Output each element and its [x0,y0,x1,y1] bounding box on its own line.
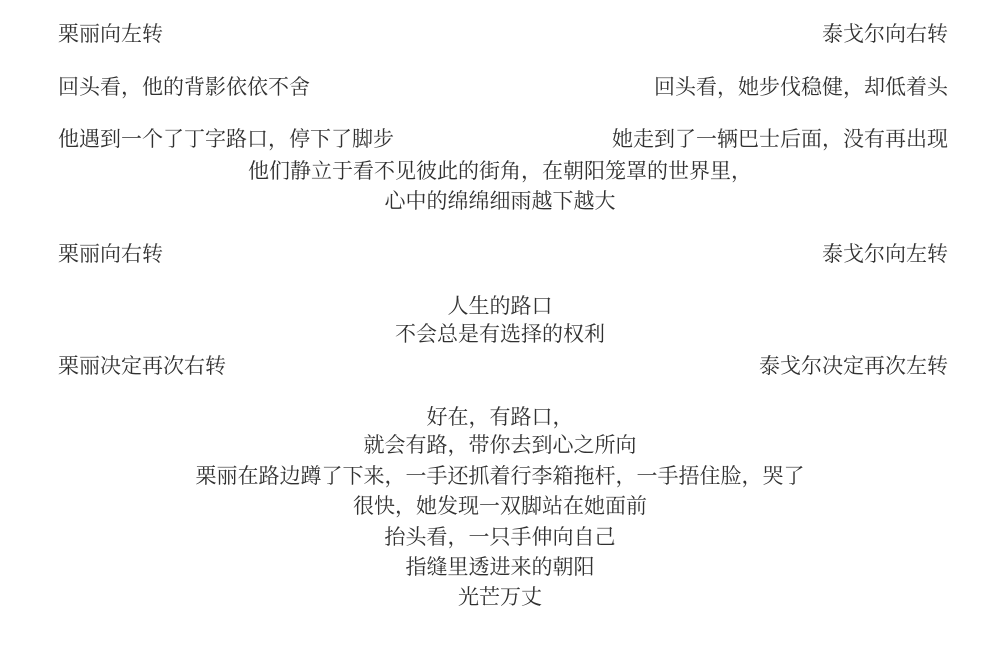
tagore-action-text: 泰戈尔决定再次左转 [759,352,948,382]
narration-row: 抬头看，一只手伸向自己 [0,523,1000,553]
narration-row: 光芒万丈 [0,583,1000,613]
lili-action-text: 他遇到一个了丁字路口，停下了脚步 [58,125,394,155]
narration-row: 栗丽在路边蹲了下来，一手还抓着行李箱拖杆，一手捂住脸，哭了 [0,462,1000,492]
narration-text: 很快，她发现一双脚站在她面前 [353,495,647,518]
narration-row: 人生的路口 [0,292,1000,322]
action-row-4: 栗丽向右转 泰戈尔向左转 [58,240,948,270]
narration-row: 很快，她发现一双脚站在她面前 [0,492,1000,522]
lili-action-text: 栗丽向左转 [58,20,163,50]
narration-row: 指缝里透进来的朝阳 [0,553,1000,583]
narration-text: 抬头看，一只手伸向自己 [385,526,616,549]
tagore-action-text: 回头看，她步伐稳健，却低着头 [654,73,948,103]
narration-text: 指缝里透进来的朝阳 [406,556,595,579]
story-page: 栗丽向左转 泰戈尔向右转 回头看，他的背影依依不舍 回头看，她步伐稳健，却低着头… [0,0,1000,645]
narration-text: 人生的路口 [448,295,553,318]
narration-row: 就会有路，带你去到心之所向 [0,431,1000,461]
narration-text: 栗丽在路边蹲了下来，一手还抓着行李箱拖杆，一手捂住脸，哭了 [196,465,805,488]
narration-text: 就会有路，带你去到心之所向 [364,434,637,457]
tagore-action-text: 泰戈尔向左转 [822,240,948,270]
narration-row: 不会总是有选择的权利 [0,320,1000,350]
tagore-action-text: 泰戈尔向右转 [822,20,948,50]
narration-row: 他们静立于看不见彼此的街角，在朝阳笼罩的世界里， [0,157,1000,187]
narration-text: 光芒万丈 [458,586,542,609]
action-row-1: 栗丽向左转 泰戈尔向右转 [58,20,948,50]
lili-action-text: 栗丽向右转 [58,240,163,270]
tagore-action-text: 她走到了一辆巴士后面，没有再出现 [612,125,948,155]
lili-action-text: 栗丽决定再次右转 [58,352,226,382]
narration-row: 心中的绵绵细雨越下越大 [0,187,1000,217]
narration-text: 好在，有路口， [427,406,574,429]
narration-text: 不会总是有选择的权利 [395,323,605,346]
action-row-2: 回头看，他的背影依依不舍 回头看，她步伐稳健，却低着头 [58,73,948,103]
action-row-5: 栗丽决定再次右转 泰戈尔决定再次左转 [58,352,948,382]
narration-text: 他们静立于看不见彼此的街角，在朝阳笼罩的世界里， [248,160,752,183]
action-row-3: 他遇到一个了丁字路口，停下了脚步 她走到了一辆巴士后面，没有再出现 [58,125,948,155]
narration-text: 心中的绵绵细雨越下越大 [385,190,616,213]
narration-row: 好在，有路口， [0,403,1000,433]
lili-action-text: 回头看，他的背影依依不舍 [58,73,310,103]
